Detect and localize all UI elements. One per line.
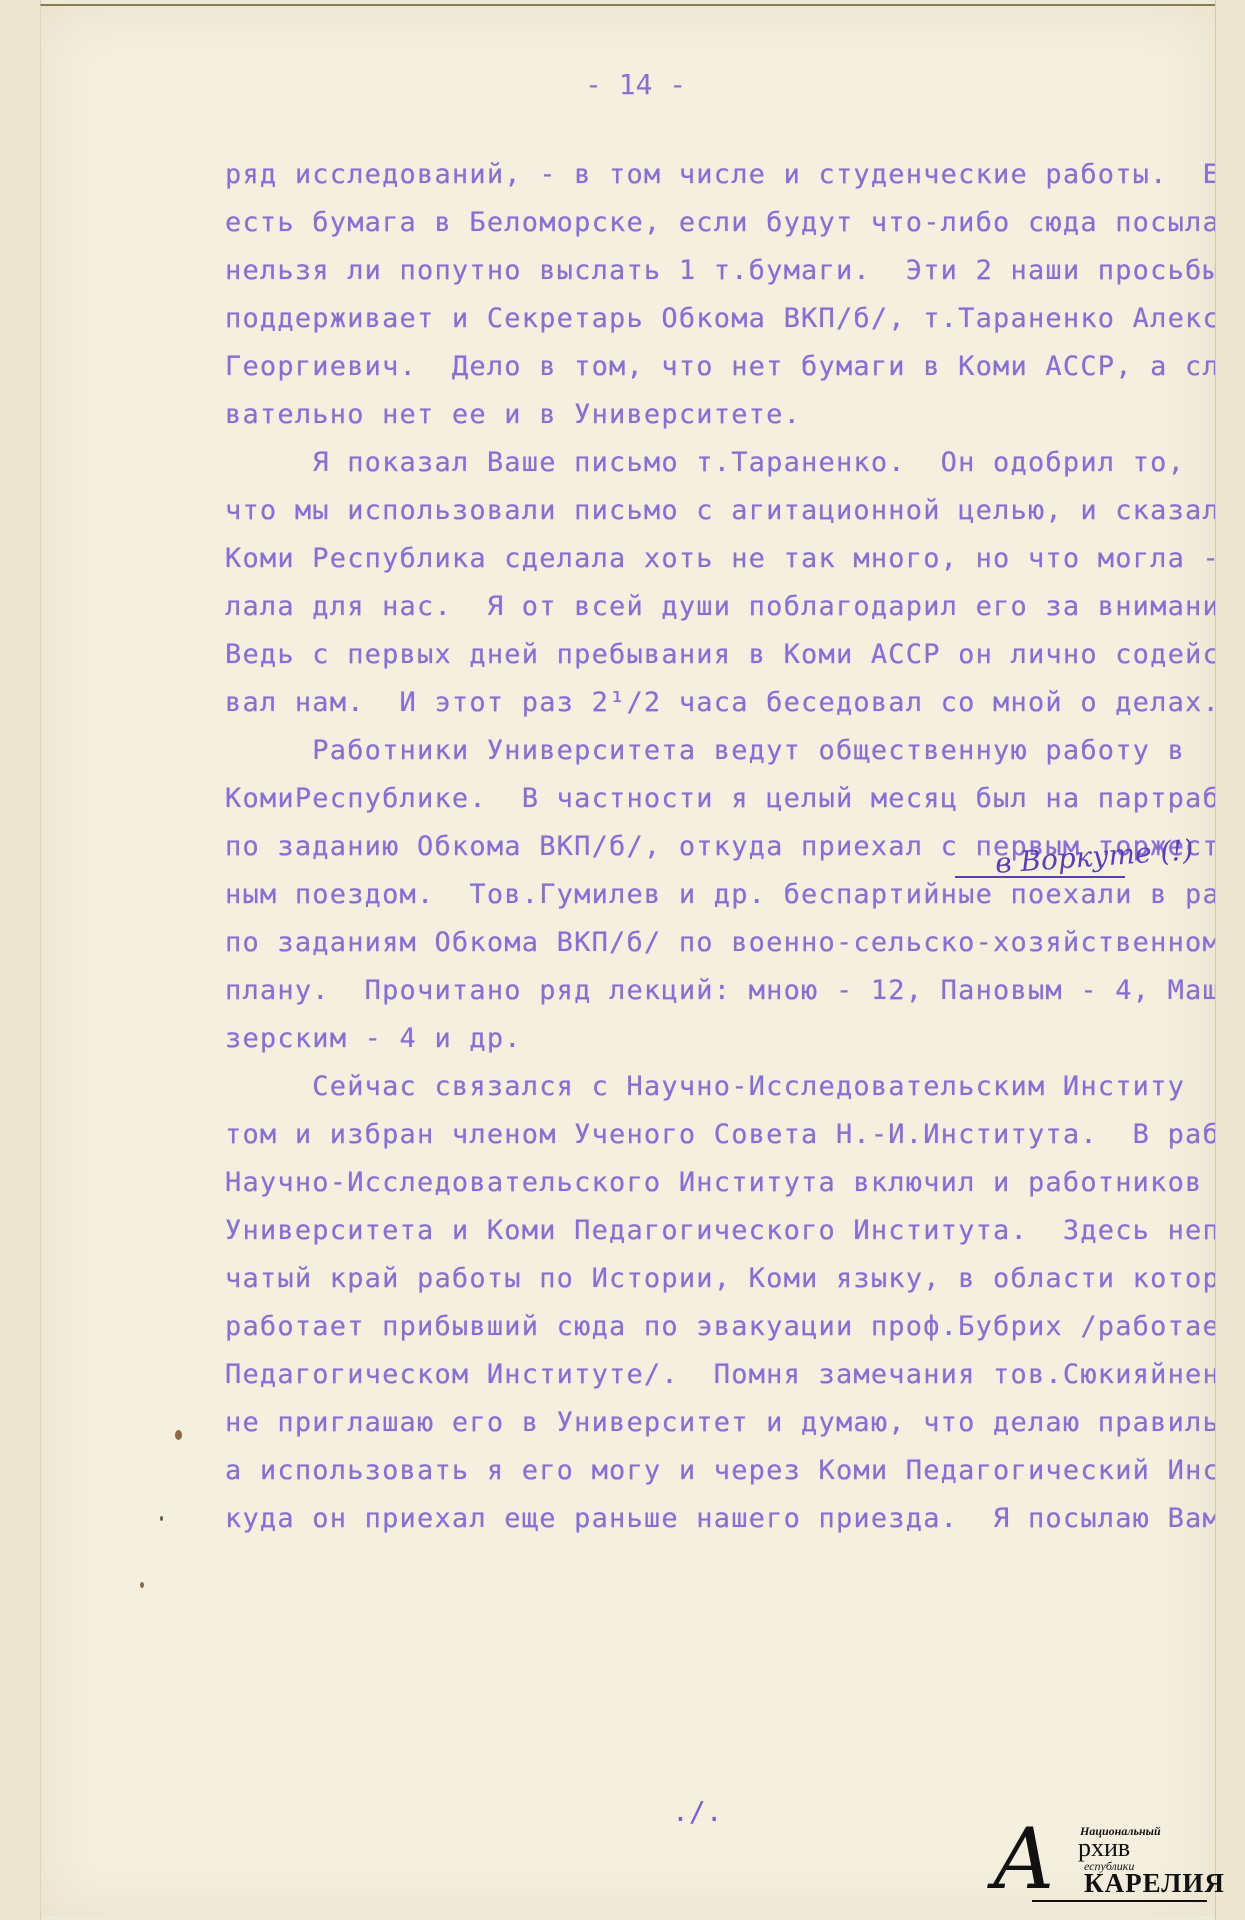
archive-watermark-logo: А Национальный рхив еспублики КАРЕЛИЯ [992, 1820, 1217, 1910]
text-line: Я показал Ваше письмо т.Тараненко. Он од… [225, 446, 1185, 480]
text-line: том и избран членом Ученого Совета Н.-И.… [225, 1118, 1215, 1152]
text-line: есть бумага в Беломорске, если будут что… [225, 206, 1215, 240]
text-line: лала для нас. Я от всей души поблагодари… [225, 590, 1215, 624]
text-line: Университета и Коми Педагогического Инст… [225, 1214, 1215, 1248]
text-line: зерским - 4 и др. [225, 1022, 522, 1056]
text-line: Работники Университета ведут общественну… [225, 734, 1185, 768]
insertion-mark [955, 876, 1125, 900]
paper-stain [140, 1582, 144, 1588]
underlying-page-left-edge [0, 0, 41, 1920]
document-page [40, 4, 1216, 1916]
continuation-mark: ./. [672, 1795, 723, 1828]
text-line: Ведь с первых дней пребывания в Коми АСС… [225, 638, 1215, 672]
logo-text-karelia: КАРЕЛИЯ [1084, 1868, 1225, 1899]
text-line: работает прибывший сюда по эвакуации про… [225, 1310, 1215, 1344]
logo-quill-underline [1032, 1900, 1207, 1902]
text-line: Георгиевич. Дело в том, что нет бумаги в… [225, 350, 1215, 384]
text-line: а использовать я его могу и через Коми П… [225, 1454, 1215, 1488]
text-line: Сейчас связался с Научно-Исследовательск… [225, 1070, 1185, 1104]
text-line: Научно-Исследовательского Института вклю… [225, 1166, 1203, 1200]
text-line: КомиРеспублике. В частности я целый меся… [225, 782, 1215, 816]
text-line: Педагогическом Институте/. Помня замечан… [225, 1358, 1215, 1392]
text-line: что мы использовали письмо с агитационно… [225, 494, 1215, 528]
logo-text-archive: рхив [1078, 1835, 1130, 1861]
text-line: куда он приехал еще раньше нашего приезд… [225, 1502, 1215, 1536]
text-line: чатый край работы по Истории, Коми языку… [225, 1262, 1215, 1296]
text-line: поддерживает и Секретарь Обкома ВКП/б/, … [225, 302, 1215, 336]
text-line: по заданиям Обкома ВКП/б/ по военно-сель… [225, 926, 1215, 960]
paper-stain [175, 1430, 182, 1440]
paper-stain [160, 1516, 163, 1521]
page-number: - 14 - [585, 68, 686, 101]
text-line: нельзя ли попутно выслать 1 т.бумаги. Эт… [225, 254, 1215, 288]
text-line: плану. Прочитано ряд лекций: мною - 12, … [225, 974, 1215, 1008]
text-line: вал нам. И этот раз 2¹/2 часа беседовал … [225, 686, 1215, 720]
text-line: вательно нет ее и в Университете. [225, 398, 801, 432]
text-line: Коми Республика сделала хоть не так мног… [225, 542, 1215, 576]
text-line: не приглашаю его в Университет и думаю, … [225, 1406, 1215, 1440]
underlying-page-right-edge [1215, 0, 1245, 1920]
archive-monogram-icon: А [992, 1814, 1056, 1904]
text-line: ряд исследований, - в том числе и студен… [225, 158, 1215, 192]
